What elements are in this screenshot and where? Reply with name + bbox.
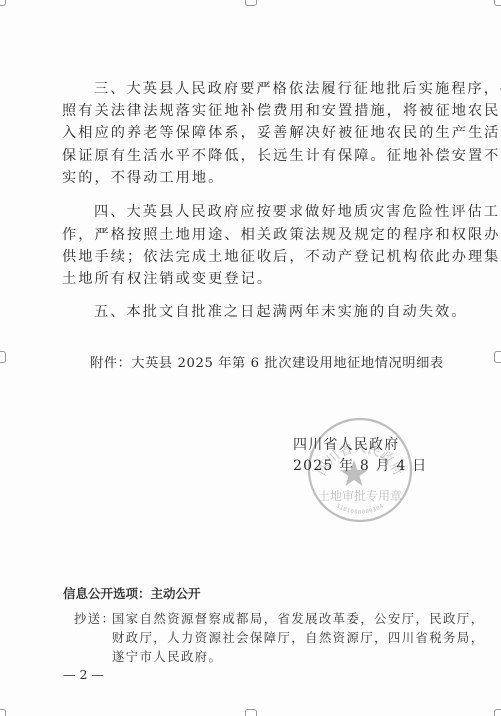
resize-handle-right[interactable]	[494, 351, 501, 363]
text-line: 四、大英县人民政府应按要求做好地质灾害危险性评估工	[94, 203, 472, 221]
resize-handle-bottom[interactable]	[245, 709, 257, 716]
disclosure-option: 信息公开选项：主动公开	[63, 584, 201, 602]
text-line: 保证原有生活水平不降低，长远生计有保障。征地补偿安置不落	[62, 147, 440, 165]
attachment-note: 附件：大英县 2025 年第 6 批次建设用地征地情况明细表	[90, 352, 444, 371]
text-line: 实的，不得动工用地。	[62, 169, 440, 187]
text-line: 五、本批文自批准之日起满两年未实施的自动失效。	[94, 303, 472, 321]
text-line: 照有关法律法规落实征地补偿费用和安置措施，将被征地农民纳	[62, 102, 440, 120]
page-number: — 2 —	[63, 667, 104, 682]
svg-text:5101000000304: 5101000000304	[335, 503, 386, 516]
cc-line: 国家自然资源督察成都局，省发展改革委，公安厅，民政厅，	[112, 609, 485, 627]
resize-handle-bottom-left[interactable]	[0, 709, 6, 716]
text-line: 作，严格按照土地用途、相关政策法规及规定的程序和权限办理	[62, 226, 440, 244]
text-line: 供地手续；依法完成土地征收后，不动产登记机构依此办理集体	[62, 248, 440, 266]
resize-handle-bottom-right[interactable]	[494, 709, 501, 716]
cc-label: 抄送：	[74, 609, 115, 627]
cc-line: 财政厅，人力资源社会保障厅，自然资源厅，四川省税务局，	[112, 628, 485, 646]
text-line: 土地所有权注销或变更登记。	[62, 270, 440, 288]
resize-handle-left[interactable]	[0, 351, 6, 363]
resize-handle-top-left[interactable]	[0, 0, 6, 6]
cc-line: 遂宁市人民政府。	[112, 647, 222, 665]
document-page: 三、大英县人民政府要严格依法履行征地批后实施程序，按 照有关法律法规落实征地补偿…	[0, 0, 501, 716]
resize-handle-top[interactable]	[245, 0, 257, 6]
issue-date: 2025 年 8 月 4 日	[293, 455, 428, 475]
resize-handle-top-right[interactable]	[494, 0, 501, 6]
text-line: 三、大英县人民政府要严格依法履行征地批后实施程序，按	[94, 80, 472, 98]
issuer-name: 四川省人民政府	[293, 434, 399, 454]
text-line: 入相应的养老等保障体系，妥善解决好被征地农民的生产生活，	[62, 124, 440, 142]
stamp-bottom-text: 土地审批专用章	[318, 488, 402, 503]
